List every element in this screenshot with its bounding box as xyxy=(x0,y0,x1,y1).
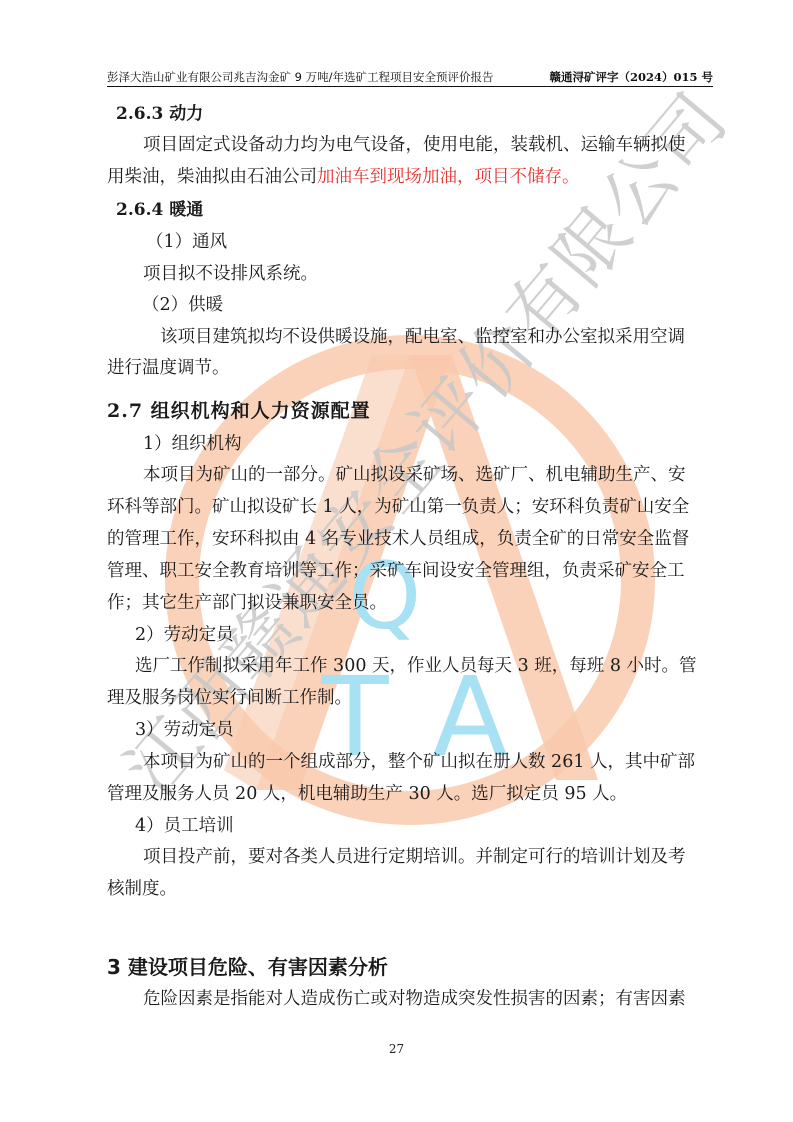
page-body: 2.6.3 动力 项目固定式设备动力均为电气设备，使用电能，装载机、运输车辆拟使… xyxy=(0,0,793,1122)
chapter-heading-3: 3 建设项目危险、有害因素分析 xyxy=(107,956,388,978)
highlighted-text: 加油车到现场加油，项目不储存。 xyxy=(317,167,580,187)
paragraph-line: 本项目为矿山的一个组成部分，整个矿山拟在册人数 261 人，其中矿部 xyxy=(143,751,695,773)
paragraph-line: 用柴油，柴油拟由石油公司加油车到现场加油，项目不储存。 xyxy=(107,166,580,188)
paragraph-line: 项目投产前，要对各类人员进行定期培训。并制定可行的培训计划及考 xyxy=(143,846,686,868)
paragraph-line: 管理、职工安全教育培训等工作；采矿车间设安全管理组，负责采矿安全工 xyxy=(107,560,685,582)
section-heading-2-6-3: 2.6.3 动力 xyxy=(116,103,203,125)
list-item-heading: 2）劳动定员 xyxy=(135,624,234,646)
paragraph-line: 理及服务岗位实行间断工作制。 xyxy=(107,687,352,709)
paragraph-text: 用柴油，柴油拟由石油公司 xyxy=(107,167,317,187)
paragraph-line: 的管理工作，安环科拟由 4 名专业技术人员组成，负责全矿的日常安全监督 xyxy=(107,528,689,550)
page-number: 27 xyxy=(0,1042,793,1056)
paragraph-line: 进行温度调节。 xyxy=(107,357,230,379)
list-item-heading: 1）组织机构 xyxy=(143,433,242,455)
subheading-heating: （2）供暖 xyxy=(142,294,223,316)
list-item-heading: 3）劳动定员 xyxy=(135,719,234,741)
section-heading-2-6-4: 2.6.4 暖通 xyxy=(116,199,203,221)
paragraph-line: 危险因素是指能对人造成伤亡或对物造成突发性损害的因素；有害因素 xyxy=(143,988,686,1010)
paragraph-line: 本项目为矿山的一部分。矿山拟设采矿场、选矿厂、机电辅助生产、安 xyxy=(143,464,686,486)
document-page: Q T A 江西赣通安全评价有限公司 彭泽大浩山矿业有限公司兆吉沟金矿 9 万吨… xyxy=(0,0,793,1122)
paragraph-line: 作；其它生产部门拟设兼职安全员。 xyxy=(107,592,387,614)
paragraph-line: 环科等部门。矿山拟设矿长 1 人，为矿山第一负责人；安环科负责矿山安全 xyxy=(107,496,689,518)
paragraph-line: 项目拟不设排风系统。 xyxy=(143,263,318,285)
subheading-ventilation: （1）通风 xyxy=(146,231,227,253)
section-heading-2-7: 2.7 组织机构和人力资源配置 xyxy=(107,400,371,422)
paragraph-line: 管理及服务人员 20 人，机电辅助生产 30 人。选厂拟定员 95 人。 xyxy=(107,783,627,805)
paragraph-line: 核制度。 xyxy=(107,878,177,900)
paragraph-line: 该项目建筑拟均不设供暖设施，配电室、监控室和办公室拟采用空调 xyxy=(160,326,685,348)
list-item-heading: 4）员工培训 xyxy=(135,815,234,837)
paragraph-line: 选厂工作制拟采用年工作 300 天，作业人员每天 3 班，每班 8 小时。管 xyxy=(135,655,697,677)
paragraph-line: 项目固定式设备动力均为电气设备，使用电能，装载机、运输车辆拟使 xyxy=(143,134,686,156)
